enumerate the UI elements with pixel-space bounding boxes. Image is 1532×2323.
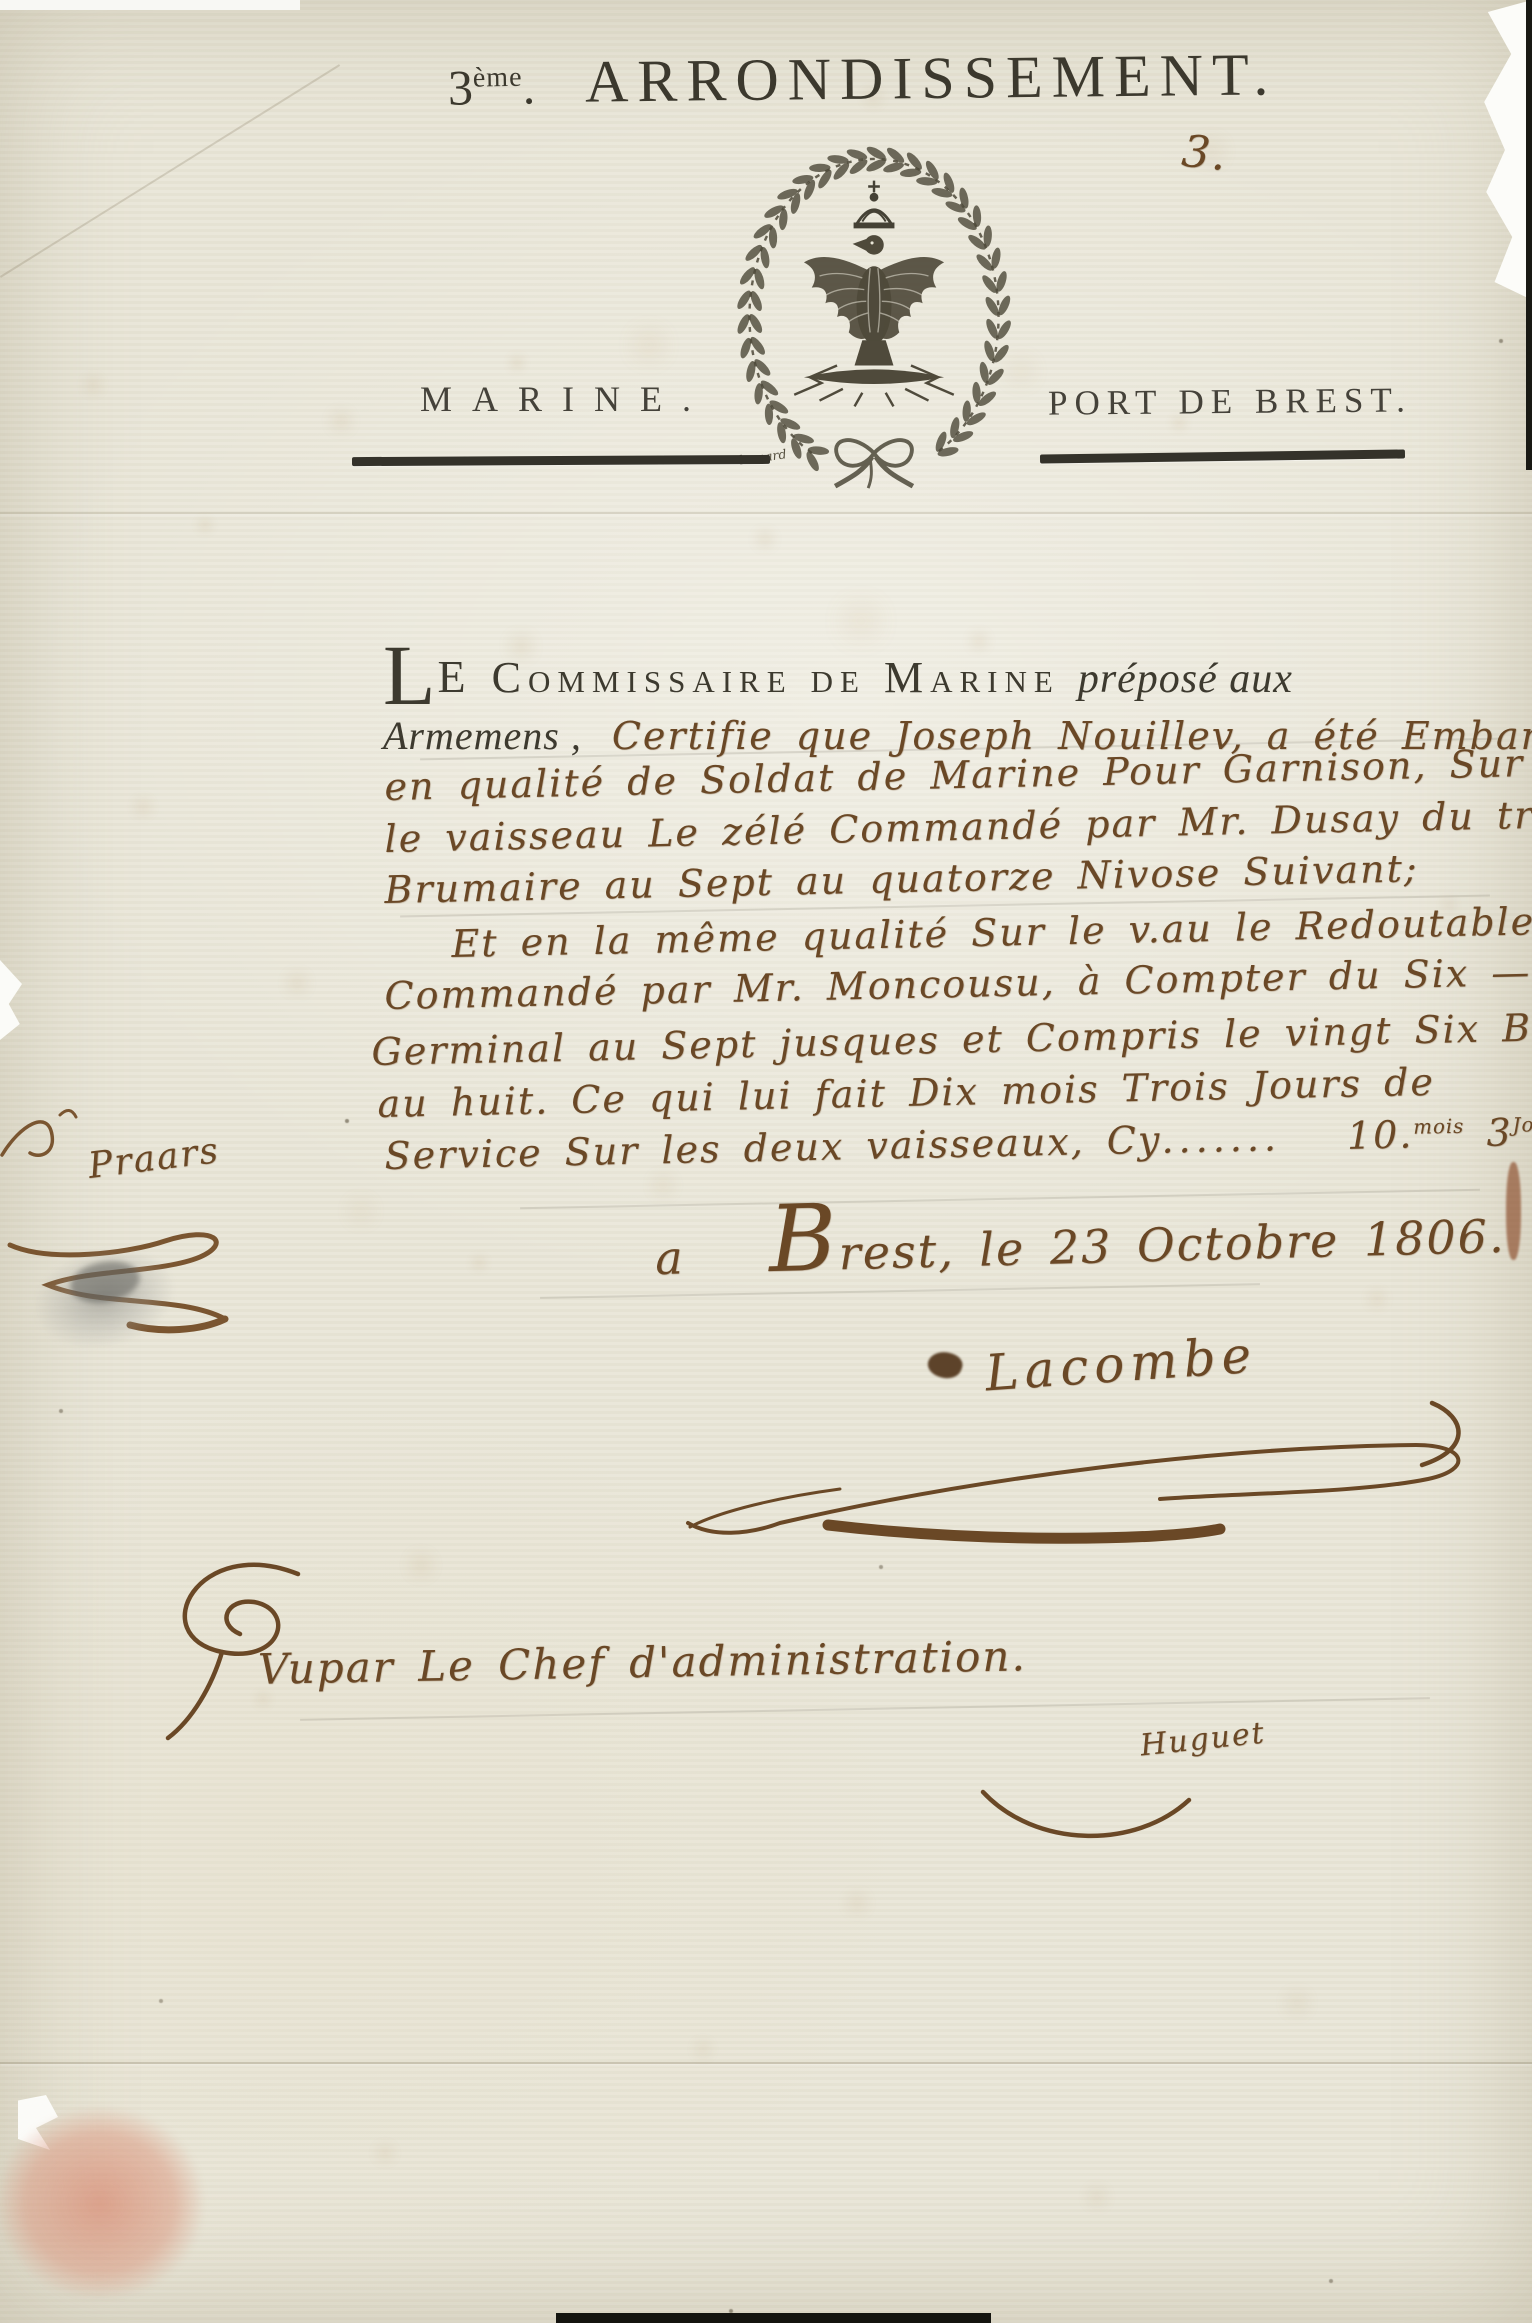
eagle (794, 235, 954, 406)
scanner-edge-right (1526, 0, 1532, 470)
footer-signature: Huguet (1139, 1716, 1268, 1764)
district-number-digit: 3 (448, 59, 474, 115)
leader-dots: ....... (1161, 1115, 1281, 1161)
fold-crease-upper (0, 512, 1532, 514)
dateline: a Brest, le 23 Octobre 1806. (654, 1209, 1506, 1285)
handwritten-line: Service Sur les deux vaisseaux, Cy (384, 1118, 1162, 1178)
drop-cap-rest: E (438, 651, 470, 702)
smear-line (540, 1283, 1260, 1299)
ink-specks (0, 0, 2, 2)
fold-crease-lower (0, 2062, 1532, 2064)
printed-armemens: Armemens , (383, 713, 582, 758)
crease-diagonal-top-left (0, 64, 340, 278)
wax-seal-stain (0, 2078, 235, 2323)
footer-attestation: Vupar Le Chef d'administration. (258, 1631, 1027, 1693)
drop-cap: L (383, 627, 438, 723)
district-ordinal: ème (473, 62, 523, 94)
marine-heading: MARINE. (420, 378, 711, 420)
scanner-edge-bottom (556, 2313, 991, 2323)
total-duration: 10.mois 3Jours. (1346, 1109, 1532, 1158)
dateline-place-initial: B (767, 1184, 839, 1293)
torn-edge-top-left (0, 0, 300, 10)
smear-line (520, 1189, 1480, 1209)
torn-edge-left (0, 960, 22, 1040)
rust-mark-right-edge (1506, 1162, 1521, 1260)
rule-left (352, 455, 770, 466)
dateline-prefix: a (654, 1230, 685, 1285)
torn-edge-top-right (1480, 0, 1532, 300)
folio-number: 3. (1179, 126, 1230, 182)
dateline-rest: rest, le 23 Octobre 1806. (838, 1209, 1506, 1280)
port-heading: PORT DE BREST. (1048, 380, 1412, 423)
printed-office-title: Commissaire de Marine (492, 653, 1060, 702)
district-number: 3ème. (448, 57, 536, 117)
crown-icon (854, 181, 895, 226)
page-title: ARRONDISSEMENT. (585, 40, 1278, 116)
printed-prepose: préposé aux (1078, 656, 1293, 702)
imperial-eagle-emblem-icon: lesnard (722, 132, 1027, 492)
ink-blot (925, 1347, 965, 1382)
printed-lead-line: LE Commissaire de Marine préposé aux (383, 642, 1293, 709)
district-period: . (522, 58, 535, 114)
signature-flourish (660, 1385, 1490, 1555)
rule-right (1040, 449, 1405, 463)
ribbon-bow (835, 440, 913, 488)
footer-signature-flourish (975, 1762, 1205, 1862)
document-page: 3ème. ARRONDISSEMENT. 3. (0, 0, 1532, 2323)
